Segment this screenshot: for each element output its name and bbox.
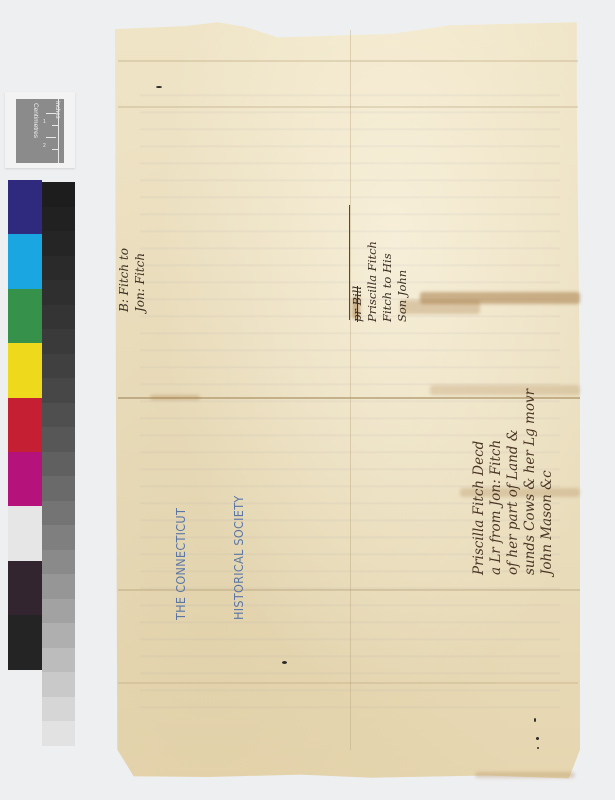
society-stamp-line2: HISTORICAL SOCIETY bbox=[231, 495, 246, 620]
gray-patch bbox=[42, 721, 75, 746]
ruler-centimetres-label: Centimetres bbox=[32, 103, 39, 138]
gray-patch bbox=[42, 574, 75, 599]
endorsement-middle: pr Bill Priscilla Fitch Fitch to His Son… bbox=[350, 241, 410, 322]
fold-line bbox=[118, 106, 578, 108]
gray-patch bbox=[42, 256, 75, 281]
color-patch bbox=[8, 234, 42, 288]
gray-patch bbox=[42, 354, 75, 379]
ink-mark bbox=[536, 737, 539, 740]
fold-line bbox=[118, 60, 578, 62]
gray-patch bbox=[42, 207, 75, 232]
ink-mark bbox=[534, 718, 536, 722]
color-patch bbox=[8, 343, 42, 397]
fold-line bbox=[118, 682, 578, 684]
gray-patch bbox=[42, 697, 75, 722]
ink-mark bbox=[282, 661, 287, 664]
gray-patch bbox=[42, 550, 75, 575]
gray-patch bbox=[42, 623, 75, 648]
gray-patch bbox=[42, 182, 75, 207]
grayscale-calibration-strip bbox=[42, 182, 75, 746]
ink-mark bbox=[156, 86, 162, 88]
gray-patch bbox=[42, 305, 75, 330]
color-patch bbox=[8, 452, 42, 506]
gray-patch bbox=[42, 378, 75, 403]
measurement-ruler: Inches Centimetres 1 2 bbox=[16, 99, 64, 163]
gray-patch bbox=[42, 648, 75, 673]
gray-patch bbox=[42, 476, 75, 501]
color-calibration-strip bbox=[8, 180, 42, 670]
color-patch bbox=[8, 398, 42, 452]
gray-patch bbox=[42, 452, 75, 477]
document-photograph: Inches Centimetres 1 2 B: Fitch to Jon: … bbox=[0, 0, 615, 800]
vertical-fold bbox=[350, 30, 351, 750]
gray-patch bbox=[42, 525, 75, 550]
gray-patch bbox=[42, 599, 75, 624]
color-patch bbox=[8, 506, 42, 560]
color-patch bbox=[8, 289, 42, 343]
color-patch bbox=[8, 615, 42, 669]
ruler-mark-1: 1 bbox=[43, 119, 46, 125]
color-patch bbox=[8, 561, 42, 615]
endorsement-right: Priscilla Fitch Decd a Lr from Jon: Fitc… bbox=[471, 389, 556, 575]
gray-patch bbox=[42, 280, 75, 305]
ruler-inches-label: Inches bbox=[54, 101, 60, 119]
gray-patch bbox=[42, 672, 75, 697]
gray-patch bbox=[42, 403, 75, 428]
ruler-mark-2: 2 bbox=[43, 143, 46, 149]
water-stain bbox=[150, 395, 200, 400]
ink-mark bbox=[537, 747, 539, 749]
gray-patch bbox=[42, 329, 75, 354]
gray-patch bbox=[42, 231, 75, 256]
edge-stain bbox=[475, 772, 575, 778]
color-patch bbox=[8, 180, 42, 234]
gray-patch bbox=[42, 501, 75, 526]
society-stamp-line1: THE CONNECTICUT bbox=[173, 508, 188, 620]
water-stain bbox=[400, 300, 480, 314]
gray-patch bbox=[42, 427, 75, 452]
endorsement-left: B: Fitch to Jon: Fitch bbox=[116, 248, 148, 312]
